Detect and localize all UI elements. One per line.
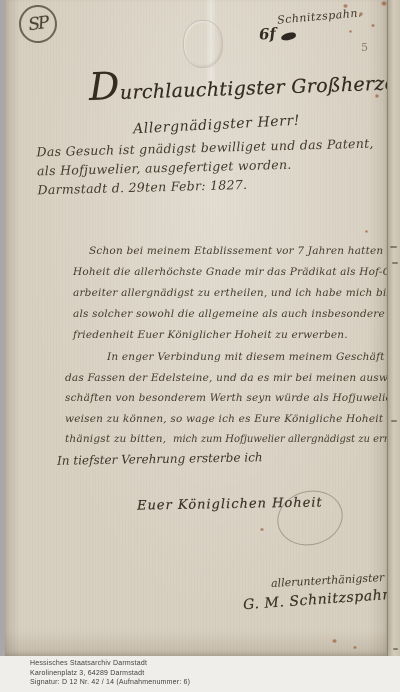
foxing-spot: [343, 4, 348, 8]
foxing-spot: [260, 528, 264, 531]
ink-fragment: [392, 262, 398, 264]
manuscript-line: das Fassen der Edelsteine, und da es mir…: [65, 368, 400, 389]
foxing-spot: [353, 646, 357, 649]
adjacent-page-edge: [387, 0, 400, 656]
manuscript-line: schäften von besonderem Werth seyn würde…: [65, 388, 400, 409]
signature-handwritten: G. M. Schnitzspahn: [243, 587, 393, 613]
scan-background: SP Schnitzspahn. 6f 5 Durchlauchtigster …: [0, 0, 400, 656]
manuscript-line: Schon bei meinem Etablissement vor 7 Jah…: [73, 241, 400, 262]
fee-notation: 6f: [258, 24, 276, 43]
folio-page-number: 5: [361, 41, 368, 54]
manuscript-line: weisen zu können, so wage ich es Eure Kö…: [65, 409, 400, 430]
manuscript-line: Hoheit die allerhöchste Gnade mir das Pr…: [73, 262, 400, 283]
manuscript-line: arbeiter allergnädigst zu ertheilen, und…: [73, 283, 400, 304]
manuscript-line: In enger Verbindung mit diesem meinem Ge…: [65, 347, 400, 368]
foxing-spot: [365, 230, 368, 233]
ink-fragment: [393, 648, 398, 650]
name-annotation: Schnitzspahn.: [277, 6, 363, 26]
manuscript-line: als solcher sowohl die allgemeine als au…: [73, 304, 400, 325]
archive-caption-band: Hessisches Staatsarchiv Darmstadt Karoli…: [0, 656, 400, 692]
embossed-blind-seal: [183, 20, 223, 68]
foxing-spot: [371, 24, 375, 27]
archive-address: Karolinenplatz 3, 64289 Darmstadt: [30, 669, 144, 678]
foxing-spot: [349, 30, 352, 33]
foxing-spot: [332, 639, 337, 643]
pen-flourish-loop: [271, 484, 348, 552]
ink-fragment: [390, 246, 397, 248]
manuscript-line: friedenheit Euer Königlicher Hoheit zu e…: [73, 325, 400, 346]
foxing-spot: [375, 94, 379, 98]
foxing-spot: [359, 12, 363, 16]
closing-subscript: allerunterthänigster: [271, 571, 385, 590]
ink-fragment: [391, 420, 397, 422]
body-paragraph-1: Schon bei meinem Etablissement vor 7 Jah…: [73, 241, 400, 346]
salutation-subheading: Allergnädigster Herr!: [133, 113, 301, 138]
archival-scan-viewer: SP Schnitzspahn. 6f 5 Durchlauchtigster …: [0, 0, 400, 692]
archive-name: Hessisches Staatsarchiv Darmstadt: [30, 659, 147, 668]
archive-signature-reference: Signatur: D 12 Nr. 42 / 14 (Aufnahmenumm…: [30, 678, 190, 687]
ink-paraph-mark: [280, 32, 296, 42]
salutation-heading: Durchlauchtigster Großherzog,: [89, 67, 380, 105]
manuscript-page: SP Schnitzspahn. 6f 5 Durchlauchtigster …: [5, 0, 387, 656]
petition-insertion-line: mich zum Hofjuwelier allergnädigst zu er…: [173, 434, 400, 445]
marginal-decree: Das Gesuch ist gnädigst bewilliget und d…: [36, 134, 375, 200]
archive-round-stamp: SP: [17, 3, 60, 46]
valediction-line: In tiefster Verehrung ersterbe ich: [57, 450, 263, 468]
